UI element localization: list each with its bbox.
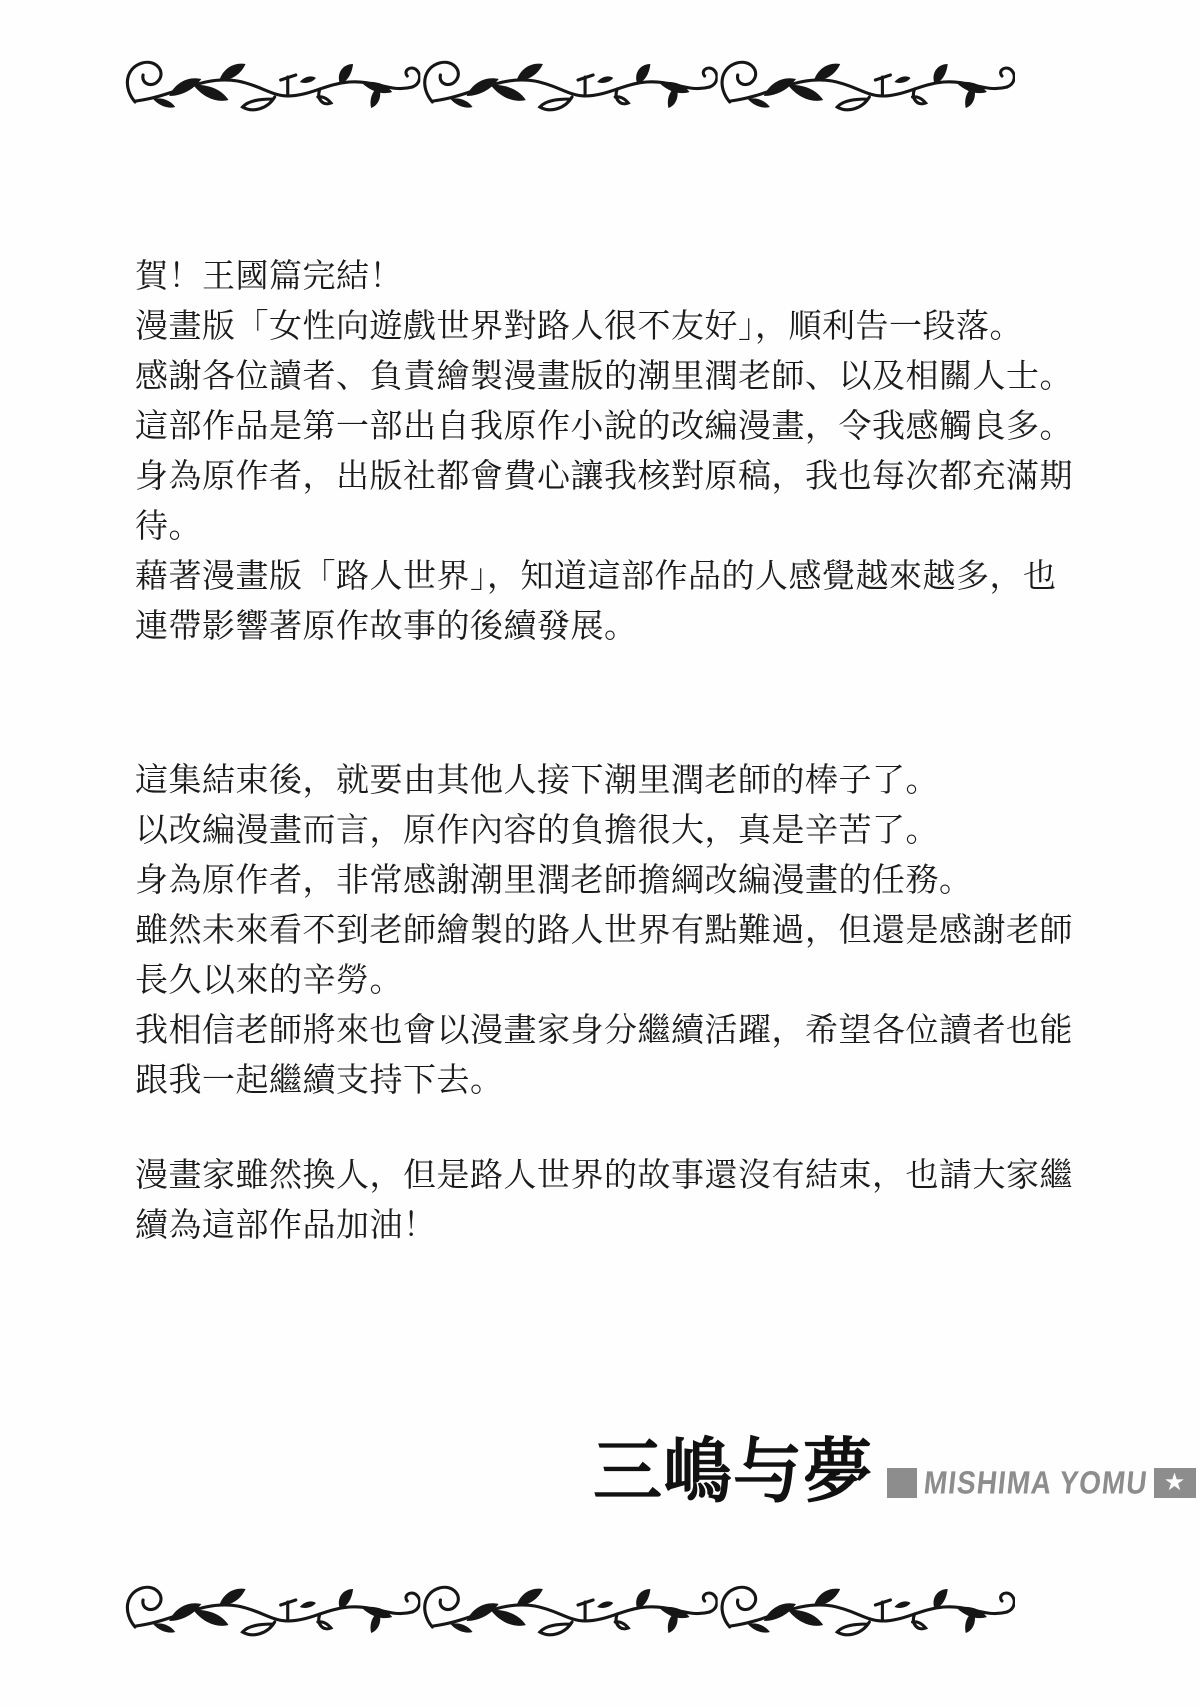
text-line: 連帶影響著原作故事的後續發展。 xyxy=(135,602,1085,652)
afterword-paragraph-1: 賀！王國篇完結！ 漫畫版「女性向遊戲世界對路人很不友好」，順利告一段落。 感謝各… xyxy=(135,252,1085,652)
text-line: 我相信老師將來也會以漫畫家身分繼續活躍，希望各位讀者也能 xyxy=(135,1006,1085,1056)
square-icon xyxy=(887,1468,917,1498)
afterword-paragraph-2: 這集結束後，就要由其他人接下潮里潤老師的棒子了。 以改編漫畫而言，原作內容的負擔… xyxy=(135,756,1085,1106)
author-signature: 三嶋与夢 MISHIMA YOMU ★ xyxy=(593,1436,1196,1508)
text-line: 身為原作者，非常感謝潮里潤老師擔綱改編漫畫的任務。 xyxy=(135,856,1085,906)
author-name-romaji: MISHIMA YOMU xyxy=(922,1465,1149,1502)
text-line: 以改編漫畫而言，原作內容的負擔很大，真是辛苦了。 xyxy=(135,806,1085,856)
text-line: 感謝各位讀者、負責繪製漫畫版的潮里潤老師、以及相關人士。 xyxy=(135,352,1085,402)
text-line: 續為這部作品加油！ xyxy=(135,1201,1085,1251)
star-icon: ★ xyxy=(1154,1468,1196,1498)
text-line: 這部作品是第一部出自我原作小說的改編漫畫，令我感觸良多。 xyxy=(135,402,1085,452)
afterword-paragraph-3: 漫畫家雖然換人，但是路人世界的故事還沒有結束，也請大家繼 續為這部作品加油！ xyxy=(135,1151,1085,1251)
text-line: 賀！王國篇完結！ xyxy=(135,252,1085,302)
text-line: 藉著漫畫版「路人世界」，知道這部作品的人感覺越來越多，也 xyxy=(135,552,1085,602)
text-line: 跟我一起繼續支持下去。 xyxy=(135,1056,1085,1106)
floral-flourish-border-bottom xyxy=(123,1581,1015,1643)
afterword-page: 賀！王國篇完結！ 漫畫版「女性向遊戲世界對路人很不友好」，順利告一段落。 感謝各… xyxy=(0,0,1200,1706)
text-line: 漫畫家雖然換人，但是路人世界的故事還沒有結束，也請大家繼 xyxy=(135,1151,1085,1201)
text-line: 這集結束後，就要由其他人接下潮里潤老師的棒子了。 xyxy=(135,756,1085,806)
text-line: 長久以來的辛勞。 xyxy=(135,956,1085,1006)
vine-ornament-icon xyxy=(123,56,1015,118)
text-line: 雖然未來看不到老師繪製的路人世界有點難過，但還是感謝老師 xyxy=(135,906,1085,956)
text-line: 身為原作者，出版社都會費心讓我核對原稿，我也每次都充滿期 xyxy=(135,452,1085,502)
text-line: 漫畫版「女性向遊戲世界對路人很不友好」，順利告一段落。 xyxy=(135,302,1085,352)
text-line: 待。 xyxy=(135,502,1085,552)
author-name-romaji-block: MISHIMA YOMU ★ xyxy=(887,1467,1196,1499)
floral-flourish-border-top xyxy=(123,56,1015,118)
author-name-cjk: 三嶋与夢 xyxy=(593,1435,873,1508)
vine-ornament-icon xyxy=(123,1581,1015,1643)
